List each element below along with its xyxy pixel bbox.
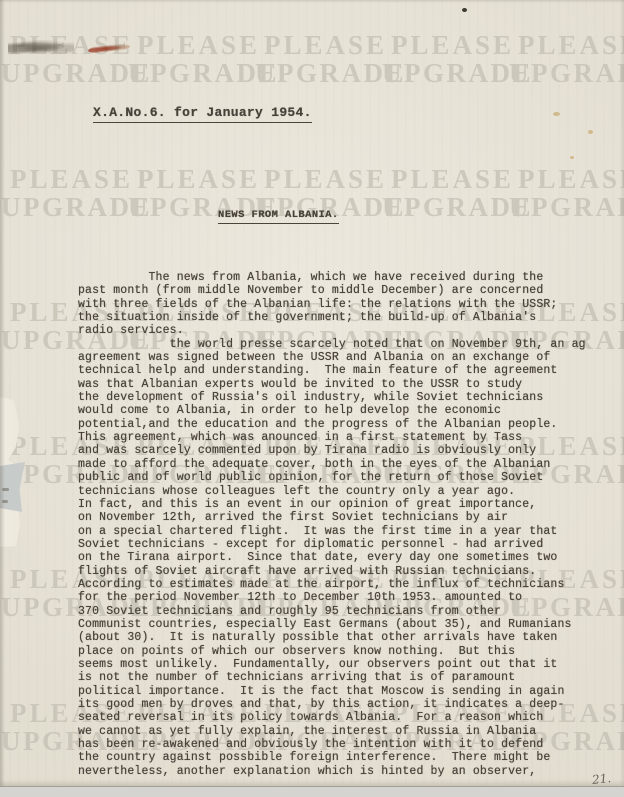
body-line: nevertheless, another explanation which … [78,765,586,778]
paper-speck [553,112,560,116]
body-line: the development of Russia's oil industry… [78,391,586,404]
scan-edge-left [0,0,5,797]
body-line: for the period November 12th to December… [78,591,586,604]
body-line: past month (from middle November to midd… [78,284,586,297]
body-line: its good men by droves and that, by this… [78,698,586,711]
scan-edge-right [620,0,624,797]
body-line: on the Tirana airport. Since that date, … [78,551,586,564]
body-line: seated reversal in its policy towards Al… [78,711,586,724]
body-line: (about 30). It is naturally possible tha… [78,631,586,644]
body-line: Communist countries, especially East Ger… [78,618,586,631]
body-line: and was scarcely commented upon by Tiran… [78,444,586,457]
body-line: the situation inside of the government; … [78,311,586,324]
page-number: 21. [591,771,611,787]
body-line: Soviet technicians - except for diplomat… [78,538,586,551]
body-line: In fact, and this is an event in our opi… [78,498,586,511]
document-body: The news from Albania, which we have rec… [78,271,586,778]
body-line: political importance. It is the fact tha… [78,685,586,698]
document-title: NEWS FROM ALBANIA. [218,209,339,224]
scan-edge-bottom [0,786,624,797]
ink-smudge [8,39,74,56]
body-line: we cannot as yet fully explain, the inte… [78,725,586,738]
paper-speck [570,156,574,159]
body-line: The news from Albania, which we have rec… [78,271,586,284]
body-line: on a special chartered flight. It was th… [78,525,586,538]
body-line: agreement was signed between the USSR an… [78,351,586,364]
body-line: 370 Soviet technicians and roughly 95 te… [78,605,586,618]
black-speck [462,8,467,12]
body-line: flights of Soviet aircraft have arrived … [78,565,586,578]
body-line: technicians whose colleagues left the co… [78,485,586,498]
body-line: This agreement, which was anounced in a … [78,431,586,444]
body-line: radio services. [78,324,586,337]
paper-speck [588,130,593,134]
body-line: with three fields of the Albanian life: … [78,298,586,311]
body-line: made to afford the adequate cover, both … [78,458,586,471]
body-line: would come to Albania, in order to help … [78,404,586,417]
body-line: technical help and understanding. The ma… [78,364,586,377]
body-line: According to estimates made at the airpo… [78,578,586,591]
scan-edge-top [0,0,624,3]
body-line: seems most unlikely. Fundamentally, our … [78,658,586,671]
body-line: public and of world public opinion, for … [78,471,586,484]
document-reference: X.A.No.6. for January 1954. [93,105,312,123]
body-line: potential,and the education and the prog… [78,418,586,431]
body-line: place on points of which our observers k… [78,645,586,658]
body-line: on November 12th, arrived the first Sovi… [78,511,586,524]
document-page: PLEASEUPGRADEPLEASEUPGRADEPLEASEUPGRADEP… [0,0,624,797]
body-line: is not the number of technicians arrivin… [78,671,586,684]
body-line: has been re-awakened and obviously the i… [78,738,586,751]
body-line: was that Albanian experts would be invit… [78,378,586,391]
body-line: the world presse scarcely noted that on … [78,338,586,351]
body-line: the country against possbible foreign in… [78,751,586,764]
